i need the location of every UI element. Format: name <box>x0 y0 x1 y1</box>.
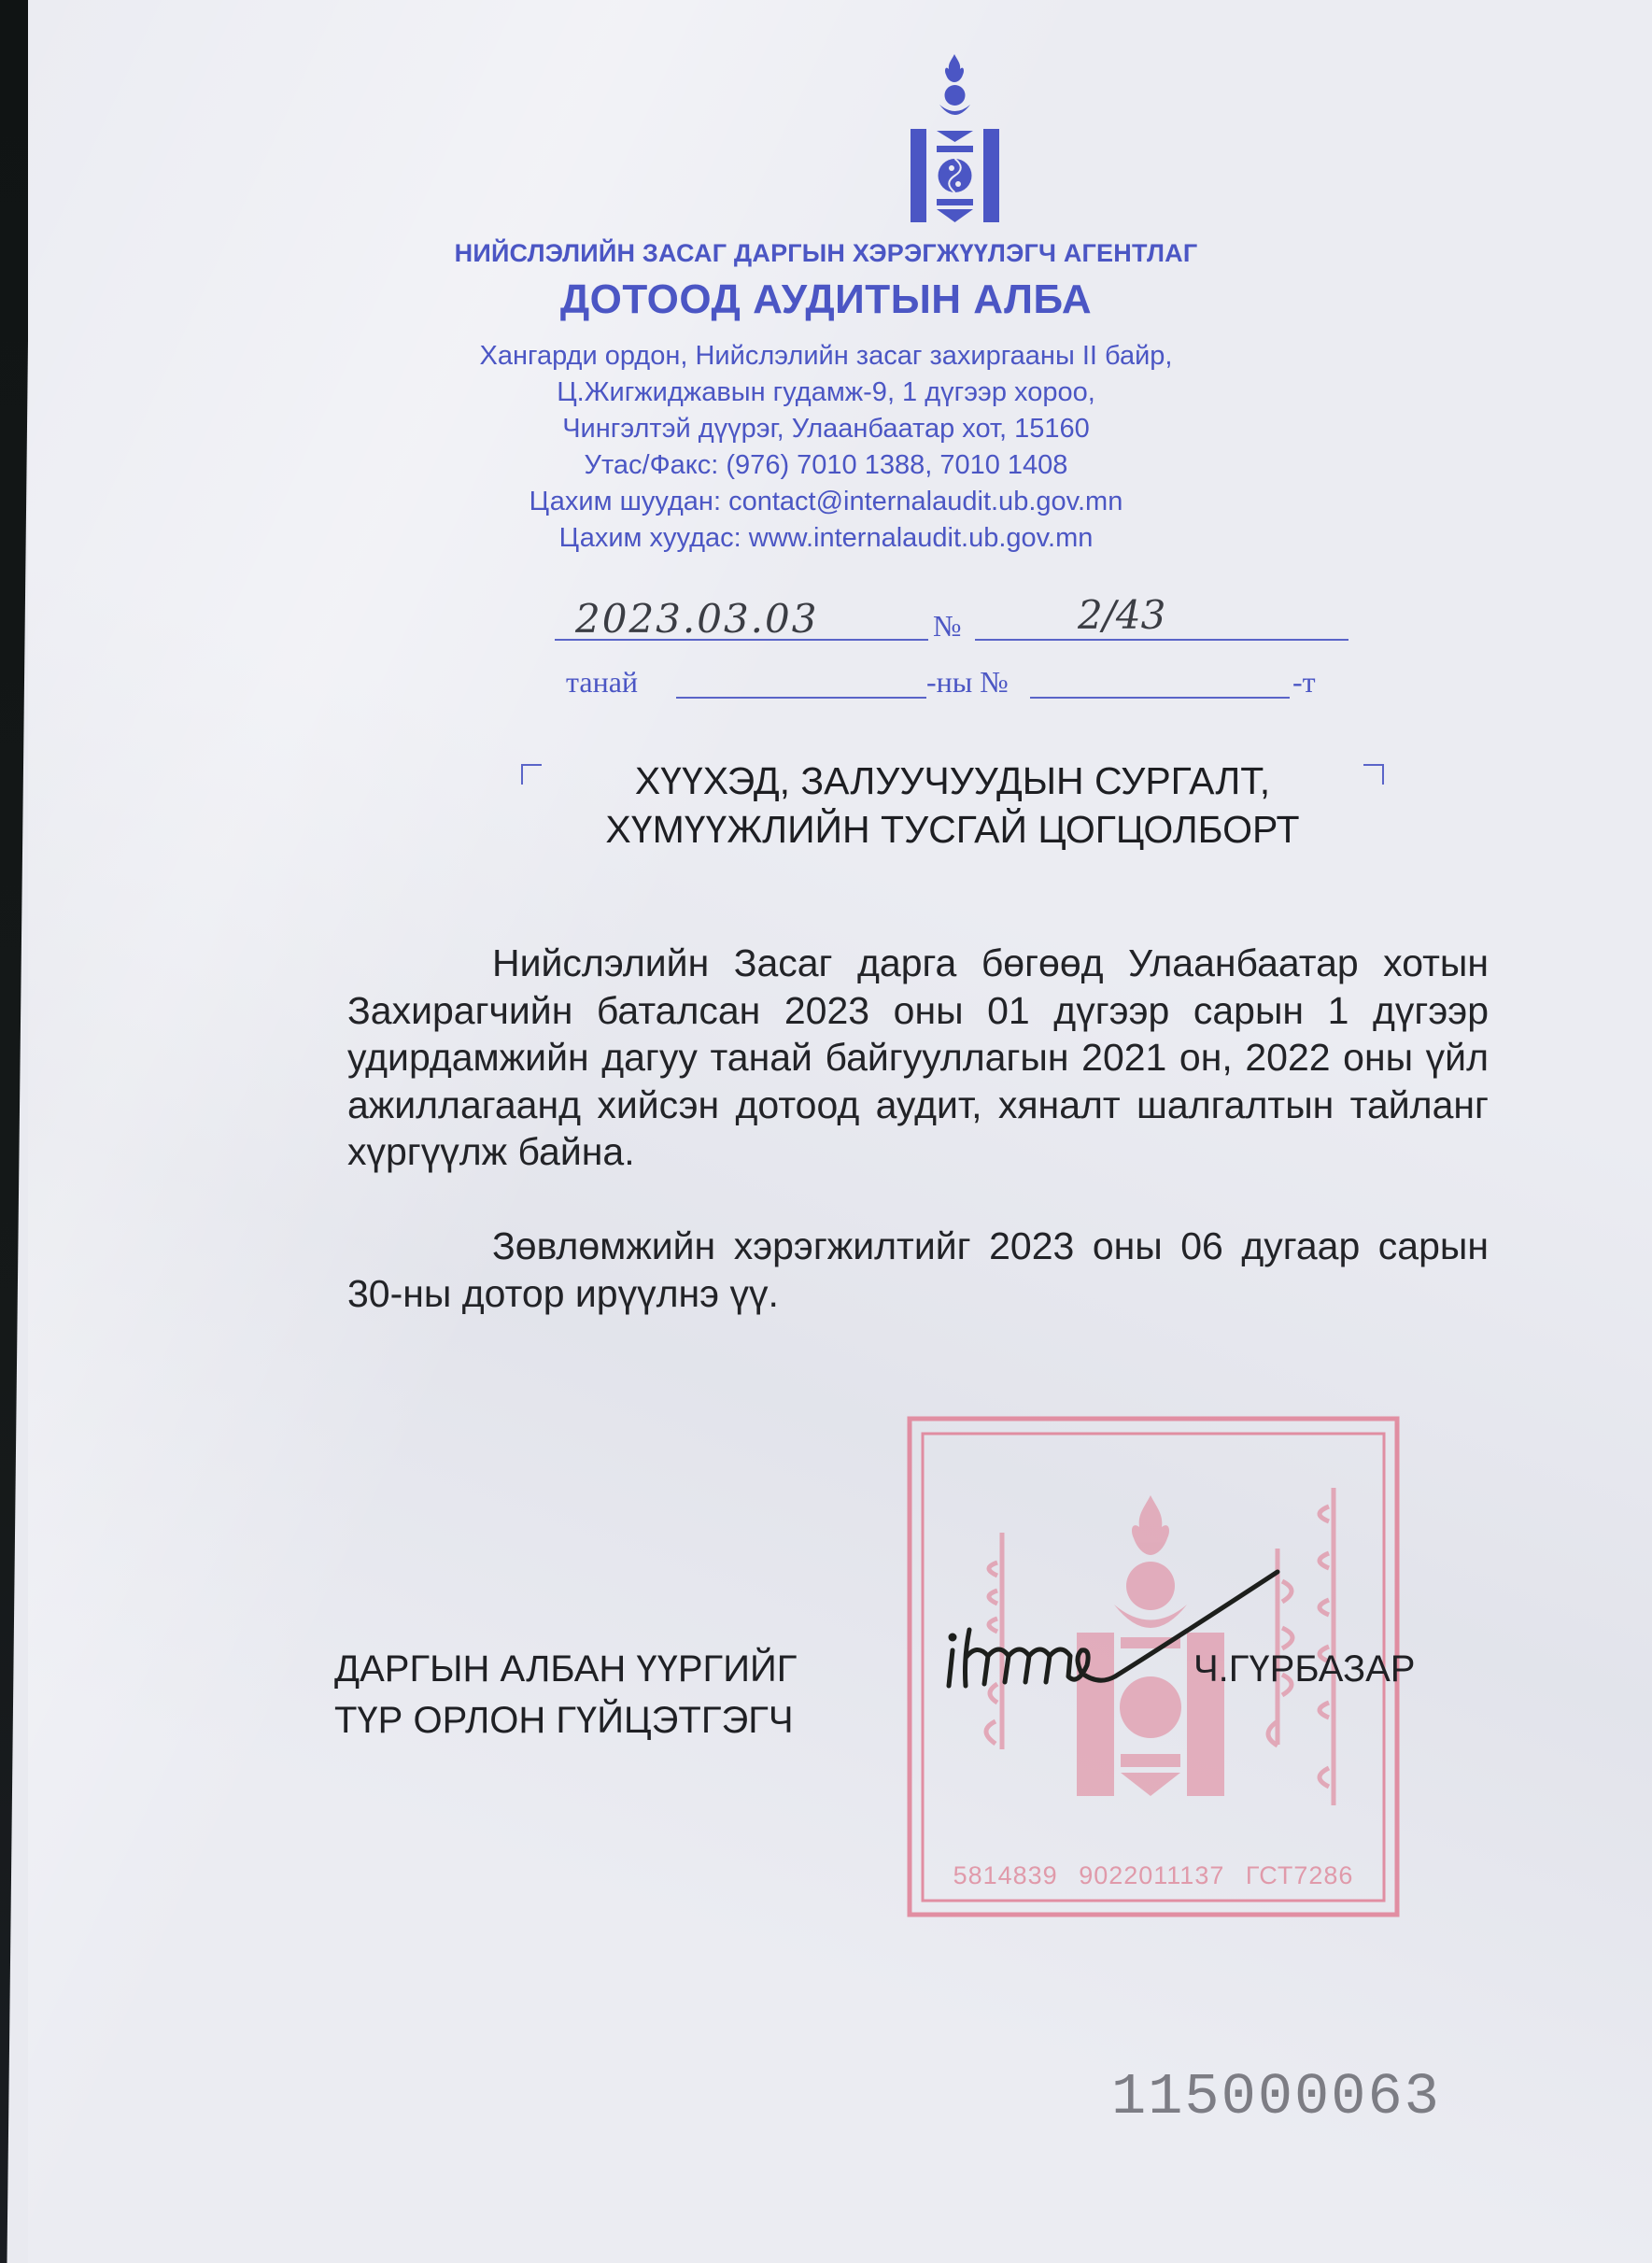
address-line: Хангарди ордон, Нийслэлийн засаг захирга… <box>0 338 1652 375</box>
reference-row: 2023.03.03 № 2/43 <box>555 598 1352 644</box>
body-paragraph: Нийслэлийн Засаг дарга бөгөөд Улаанбаата… <box>347 940 1489 1176</box>
email: Цахим шуудан: contact@internalaudit.ub.g… <box>0 484 1652 520</box>
signer-title-line-2: ТҮР ОРЛОН ГҮЙЦЭТГЭГЧ <box>334 1700 794 1742</box>
website: Цахим хуудас: www.internalaudit.ub.gov.m… <box>0 520 1652 557</box>
address-line: Чингэлтэй дүүрэг, Улаанбаатар хот, 15160 <box>0 411 1652 447</box>
your-label: танай <box>566 665 638 700</box>
number-label: № <box>933 609 962 644</box>
recipient-line-2: ХҮМҮҮЖЛИЙН ТУСГАЙ ЦОГЦОЛБОРТ <box>504 805 1401 854</box>
handwritten-signature <box>932 1546 1296 1714</box>
stamp-numbers: 5814839 9022011137 ГСТ7286 <box>904 1861 1403 1890</box>
your-date-line <box>676 697 926 699</box>
your-reference-row: танай -ны № -т <box>566 665 1332 702</box>
your-suffix: -т <box>1292 665 1316 700</box>
reference-number: 2/43 <box>1078 592 1165 638</box>
soyombo-emblem-icon <box>911 54 999 222</box>
body-paragraph: Зөвлөмжийн хэрэгжилтийг 2023 оны 06 дуга… <box>347 1223 1489 1317</box>
reference-date: 2023.03.03 <box>575 596 818 642</box>
your-number-line <box>1030 697 1290 699</box>
phone-fax: Утас/Факс: (976) 7010 1388, 7010 1408 <box>0 447 1652 484</box>
signer-title-line-1: ДАРГЫН АЛБАН ҮҮРГИЙГ <box>334 1648 797 1690</box>
agency-name: НИЙСЛЭЛИЙН ЗАСАГ ДАРГЫН ХЭРЭГЖҮҮЛЭГЧ АГЕ… <box>0 239 1652 268</box>
address-line: Ц.Жигжиджавын гудамж-9, 1 дүгээр хороо, <box>0 375 1652 411</box>
address-block: Хангарди ордон, Нийслэлийн засаг захирга… <box>0 338 1652 557</box>
number-line <box>975 639 1348 641</box>
department-name: ДОТООД АУДИТЫН АЛБА <box>0 276 1652 323</box>
serial-number: 115000063 <box>1111 2064 1441 2130</box>
recipient-line-1: ХҮҮХЭД, ЗАЛУУЧУУДЫН СУРГАЛТ, <box>504 757 1401 805</box>
your-number-label: -ны № <box>926 665 1009 700</box>
